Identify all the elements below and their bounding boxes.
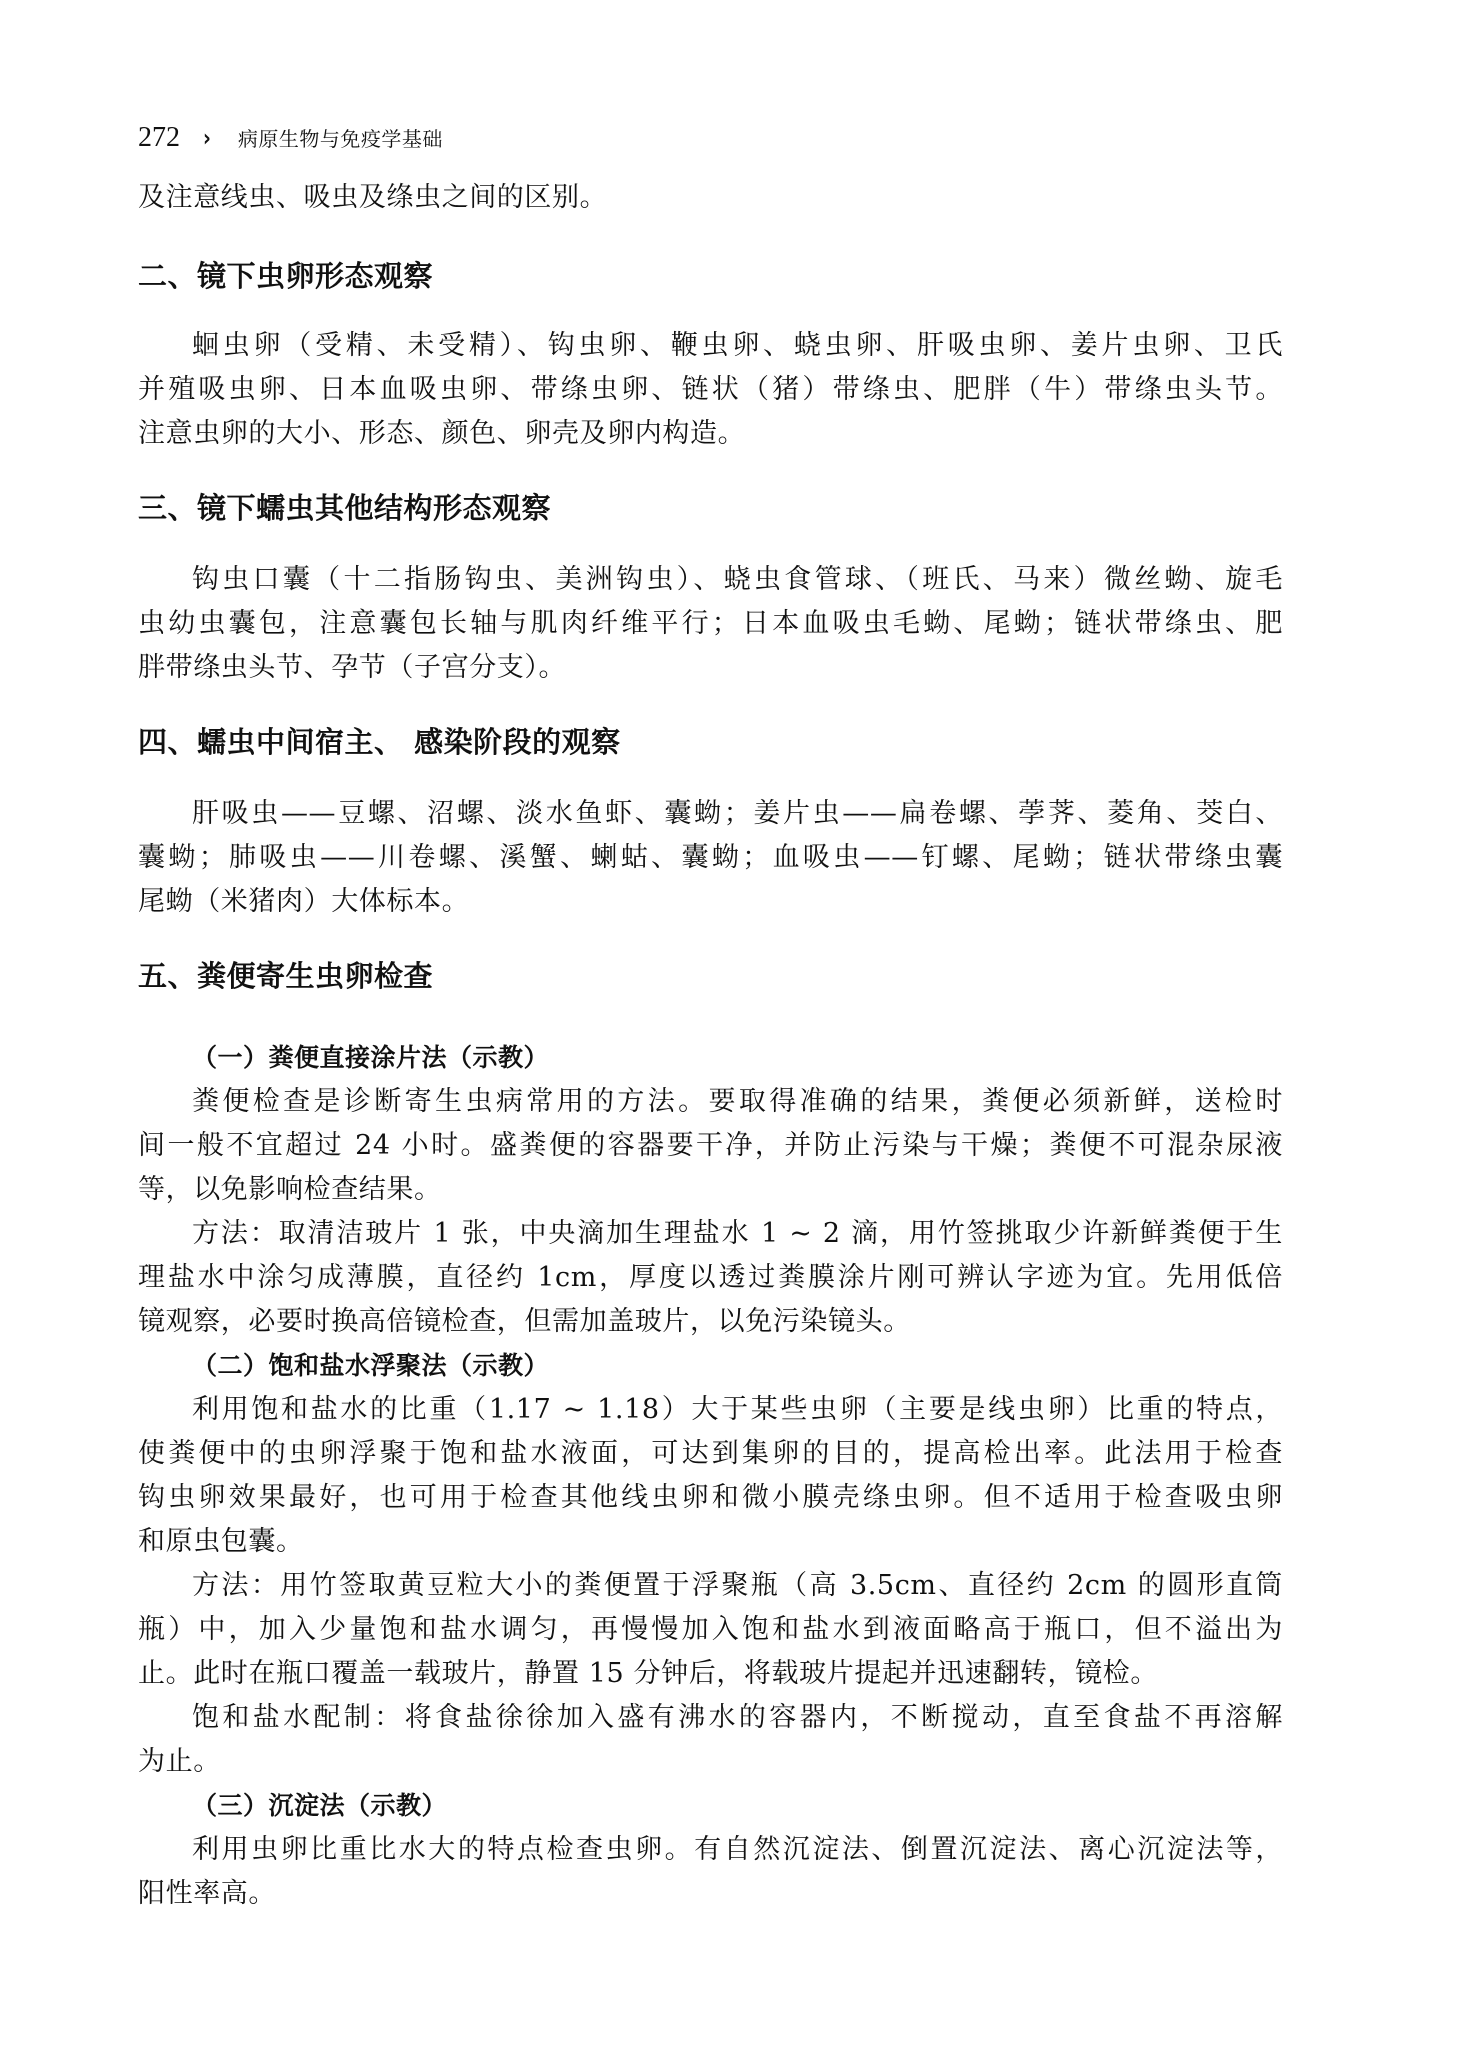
paragraph-line: 止。此时在瓶口覆盖一载玻片，静置 15 分钟后，将载玻片提起并迅速翻转，镜检。 bbox=[138, 1654, 1158, 1694]
paragraph-line: 钩虫卵效果最好，也可用于检查其他线虫卵和微小膜壳绦虫卵。但不适用于检查吸虫卵 bbox=[138, 1478, 1283, 1518]
section-heading-5: 五、粪便寄生虫卵检查 bbox=[138, 956, 433, 996]
paragraph-line: 利用虫卵比重比水大的特点检查虫卵。有自然沉淀法、倒置沉淀法、离心沉淀法等， bbox=[192, 1830, 1283, 1870]
paragraph-line: 和原虫包囊。 bbox=[138, 1522, 304, 1562]
paragraph-line: 尾蚴（米猪肉）大体标本。 bbox=[138, 882, 469, 922]
paragraph-line: 肝吸虫——豆螺、沼螺、淡水鱼虾、囊蚴；姜片虫——扁卷螺、荸荠、菱角、茭白、 bbox=[192, 794, 1283, 834]
section-heading-4: 四、蠕虫中间宿主、 感染阶段的观察 bbox=[138, 722, 621, 762]
paragraph-line: 胖带绦虫头节、孕节（子宫分支）。 bbox=[138, 648, 566, 688]
section-heading-2: 二、镜下虫卵形态观察 bbox=[138, 256, 433, 296]
paragraph-line: 虫幼虫囊包，注意囊包长轴与肌肉纤维平行；日本血吸虫毛蚴、尾蚴；链状带绦虫、肥 bbox=[138, 604, 1283, 644]
section-heading-3: 三、镜下蠕虫其他结构形态观察 bbox=[138, 488, 551, 528]
paragraph-line: 囊蚴；肺吸虫——川卷螺、溪蟹、蝲蛄、囊蚴；血吸虫——钉螺、尾蚴；链状带绦虫囊 bbox=[138, 838, 1283, 878]
paragraph-line: 注意虫卵的大小、形态、颜色、卵壳及卵内构造。 bbox=[138, 414, 745, 454]
paragraph-line: 蛔虫卵（受精、未受精）、钩虫卵、鞭虫卵、蛲虫卵、肝吸虫卵、姜片虫卵、卫氏 bbox=[192, 326, 1283, 366]
paragraph-line: 等，以免影响检查结果。 bbox=[138, 1170, 442, 1210]
page-number: 272 bbox=[138, 122, 180, 154]
paragraph-line: 理盐水中涂匀成薄膜，直径约 1cm，厚度以透过粪膜涂片刚可辨认字迹为宜。先用低倍 bbox=[138, 1258, 1283, 1298]
intro-line: 及注意线虫、吸虫及绦虫之间的区别。 bbox=[138, 178, 607, 218]
paragraph-line: 瓶）中，加入少量饱和盐水调匀，再慢慢加入饱和盐水到液面略高于瓶口，但不溢出为 bbox=[138, 1610, 1283, 1650]
paragraph-line: 间一般不宜超过 24 小时。盛粪便的容器要干净，并防止污染与干燥；粪便不可混杂尿… bbox=[138, 1126, 1283, 1166]
paragraph-line: 镜观察，必要时换高倍镜检查，但需加盖玻片，以免污染镜头。 bbox=[138, 1302, 911, 1342]
paragraph-line: 利用饱和盐水的比重（1.17 ~ 1.18）大于某些虫卵（主要是线虫卵）比重的特… bbox=[192, 1390, 1283, 1430]
subsection-heading-3: （三）沉淀法（示教） bbox=[192, 1786, 447, 1826]
paragraph-line: 为止。 bbox=[138, 1742, 221, 1782]
chevron-right-icon: › bbox=[203, 124, 211, 152]
running-head: 272 › 病原生物与免疫学基础 bbox=[138, 122, 443, 162]
paragraph-line: 钩虫口囊（十二指肠钩虫、美洲钩虫）、蛲虫食管球、（班氏、马来）微丝蚴、旋毛 bbox=[192, 560, 1283, 600]
paragraph-line: 方法：用竹签取黄豆粒大小的粪便置于浮聚瓶（高 3.5cm、直径约 2cm 的圆形… bbox=[192, 1566, 1283, 1606]
book-title: 病原生物与免疫学基础 bbox=[238, 123, 443, 152]
paragraph-line: 饱和盐水配制：将食盐徐徐加入盛有沸水的容器内，不断搅动，直至食盐不再溶解 bbox=[192, 1698, 1283, 1738]
subsection-heading-1: （一）粪便直接涂片法（示教） bbox=[192, 1038, 549, 1078]
paragraph-line: 粪便检查是诊断寄生虫病常用的方法。要取得准确的结果，粪便必须新鲜，送检时 bbox=[192, 1082, 1283, 1122]
paragraph-line: 方法：取清洁玻片 1 张，中央滴加生理盐水 1 ~ 2 滴，用竹签挑取少许新鲜粪… bbox=[192, 1214, 1283, 1254]
paragraph-line: 并殖吸虫卵、日本血吸虫卵、带绦虫卵、链状（猪）带绦虫、肥胖（牛）带绦虫头节。 bbox=[138, 370, 1283, 410]
subsection-heading-2: （二）饱和盐水浮聚法（示教） bbox=[192, 1346, 549, 1386]
paragraph-line: 阳性率高。 bbox=[138, 1874, 276, 1914]
paragraph-line: 使粪便中的虫卵浮聚于饱和盐水液面，可达到集卵的目的，提高检出率。此法用于检查 bbox=[138, 1434, 1283, 1474]
